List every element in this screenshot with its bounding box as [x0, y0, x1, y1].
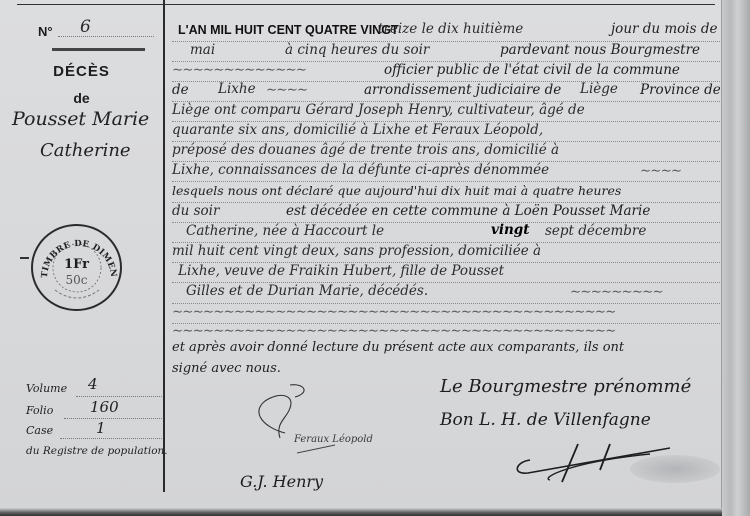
- volume-value: 4: [88, 375, 98, 393]
- body-line-11a: Catherine, née à Haccourt le: [186, 223, 384, 239]
- hour-handwritten: à cinq heures du soir: [285, 42, 429, 58]
- body-line-13: Lixhe, veuve de Fraikin Hubert, fille de…: [178, 263, 504, 279]
- line4-rest: Province de: [640, 82, 721, 98]
- body-line-closing: et après avoir donné lecture du présent …: [172, 340, 624, 355]
- stamp-mark: [20, 257, 29, 259]
- volume-label: Volume: [26, 382, 67, 395]
- case-value: 1: [96, 419, 106, 437]
- line3-rest: officier public de l'état civil de la co…: [384, 62, 680, 78]
- stamp-value-centimes: 50c: [33, 273, 120, 287]
- birth-day-correction: vingt: [491, 222, 529, 238]
- body-line-12: mil huit cent vingt deux, sans professio…: [172, 243, 541, 259]
- printed-preamble: L'AN MIL HUIT CENT QUATRE VINGT: [178, 23, 399, 37]
- line1-rest: jour du mois de: [611, 21, 717, 37]
- record-number-line: [58, 36, 154, 37]
- body-line-11b: sept décembre: [545, 223, 646, 239]
- record-number-label: N°: [38, 24, 53, 39]
- witness-1-signature: Feraux Léopold: [294, 434, 373, 445]
- fill-line: ∼∼∼∼∼∼∼∼∼∼∼∼∼∼∼∼∼∼∼∼∼∼∼∼∼∼∼∼∼∼∼∼∼∼∼∼∼∼∼∼…: [172, 304, 615, 320]
- divider-bar: [52, 48, 145, 51]
- mayor-name: Bon L. H. de Villenfagne: [440, 410, 651, 430]
- fill-line: ∼∼∼∼∼∼∼∼∼∼∼∼∼∼∼∼∼∼∼∼∼∼∼∼∼∼∼∼∼∼∼∼∼∼∼∼∼∼∼∼…: [172, 323, 615, 339]
- page-edge-bottom: [0, 508, 722, 516]
- body-line-6: quarante six ans, domicilié à Lixhe et F…: [172, 122, 543, 138]
- deceased-name-line1: Pousset Marie: [12, 108, 149, 130]
- ink-smudge: [630, 455, 720, 483]
- body-line-10b: est décédée en cette commune à Loën Pous…: [286, 203, 650, 219]
- case-label: Case: [26, 424, 53, 437]
- body-line-7: préposé des douanes âgé de trente trois …: [172, 142, 559, 158]
- volume-line: [76, 396, 162, 397]
- commune-handwritten: Lixhe: [218, 81, 256, 97]
- top-rule-body: [170, 4, 715, 5]
- folio-label: Folio: [26, 404, 53, 417]
- margin-divider: [163, 0, 165, 492]
- line4-pre: de: [172, 82, 189, 98]
- body-line-signed: signé avec nous.: [172, 361, 281, 376]
- record-number-value: 6: [80, 17, 91, 37]
- arrondissement-handwritten: Liège: [580, 81, 618, 97]
- month-handwritten: mai: [190, 42, 215, 58]
- register-footer-label: du Registre de population.: [26, 445, 168, 457]
- body-line-8: Lixhe, connaissances de la défunte ci-ap…: [172, 162, 549, 178]
- record-type-title: DÉCÈS: [0, 63, 163, 80]
- body-line-5: Liège ont comparu Gérard Joseph Henry, c…: [172, 102, 585, 118]
- body-line-14: Gilles et de Durian Marie, décédés.: [186, 283, 428, 299]
- line4-mid: arrondissement judiciaire de: [364, 82, 561, 98]
- witness-2-signature: G.J. Henry: [240, 472, 323, 491]
- fill-mark: ∼∼∼∼∼∼∼∼∼: [570, 284, 663, 300]
- revenue-stamp: TIMBRE DE DIMENSION 1Fr 50c: [31, 224, 122, 311]
- folio-value: 160: [90, 398, 119, 416]
- deceased-name-line2: Catherine: [40, 140, 131, 161]
- record-type-de: de: [0, 90, 163, 106]
- folio-line: [64, 418, 162, 419]
- stamp-value-francs: 1Fr: [33, 257, 120, 272]
- fill-mark: ∼∼∼∼: [640, 163, 681, 179]
- body-line-9: lesquels nous ont déclaré que aujourd'hu…: [172, 183, 621, 198]
- year-day-handwritten: treize le dix huitième: [378, 21, 523, 37]
- document-page: N° 6 DÉCÈS de Pousset Marie Catherine TI…: [0, 0, 750, 516]
- witness-signature-paraph-icon: [235, 383, 345, 463]
- line2-rest: pardevant nous Bourgmestre: [500, 42, 700, 58]
- fill-mark: ∼∼∼∼: [266, 82, 307, 98]
- body-line-10a: du soir: [172, 203, 219, 219]
- case-line: [60, 438, 162, 439]
- cancelled-fill: ∼∼∼∼∼∼∼∼∼∼∼∼∼: [172, 62, 306, 78]
- mayor-title: Le Bourgmestre prénommé: [440, 376, 691, 397]
- page-edge-right: [721, 0, 750, 516]
